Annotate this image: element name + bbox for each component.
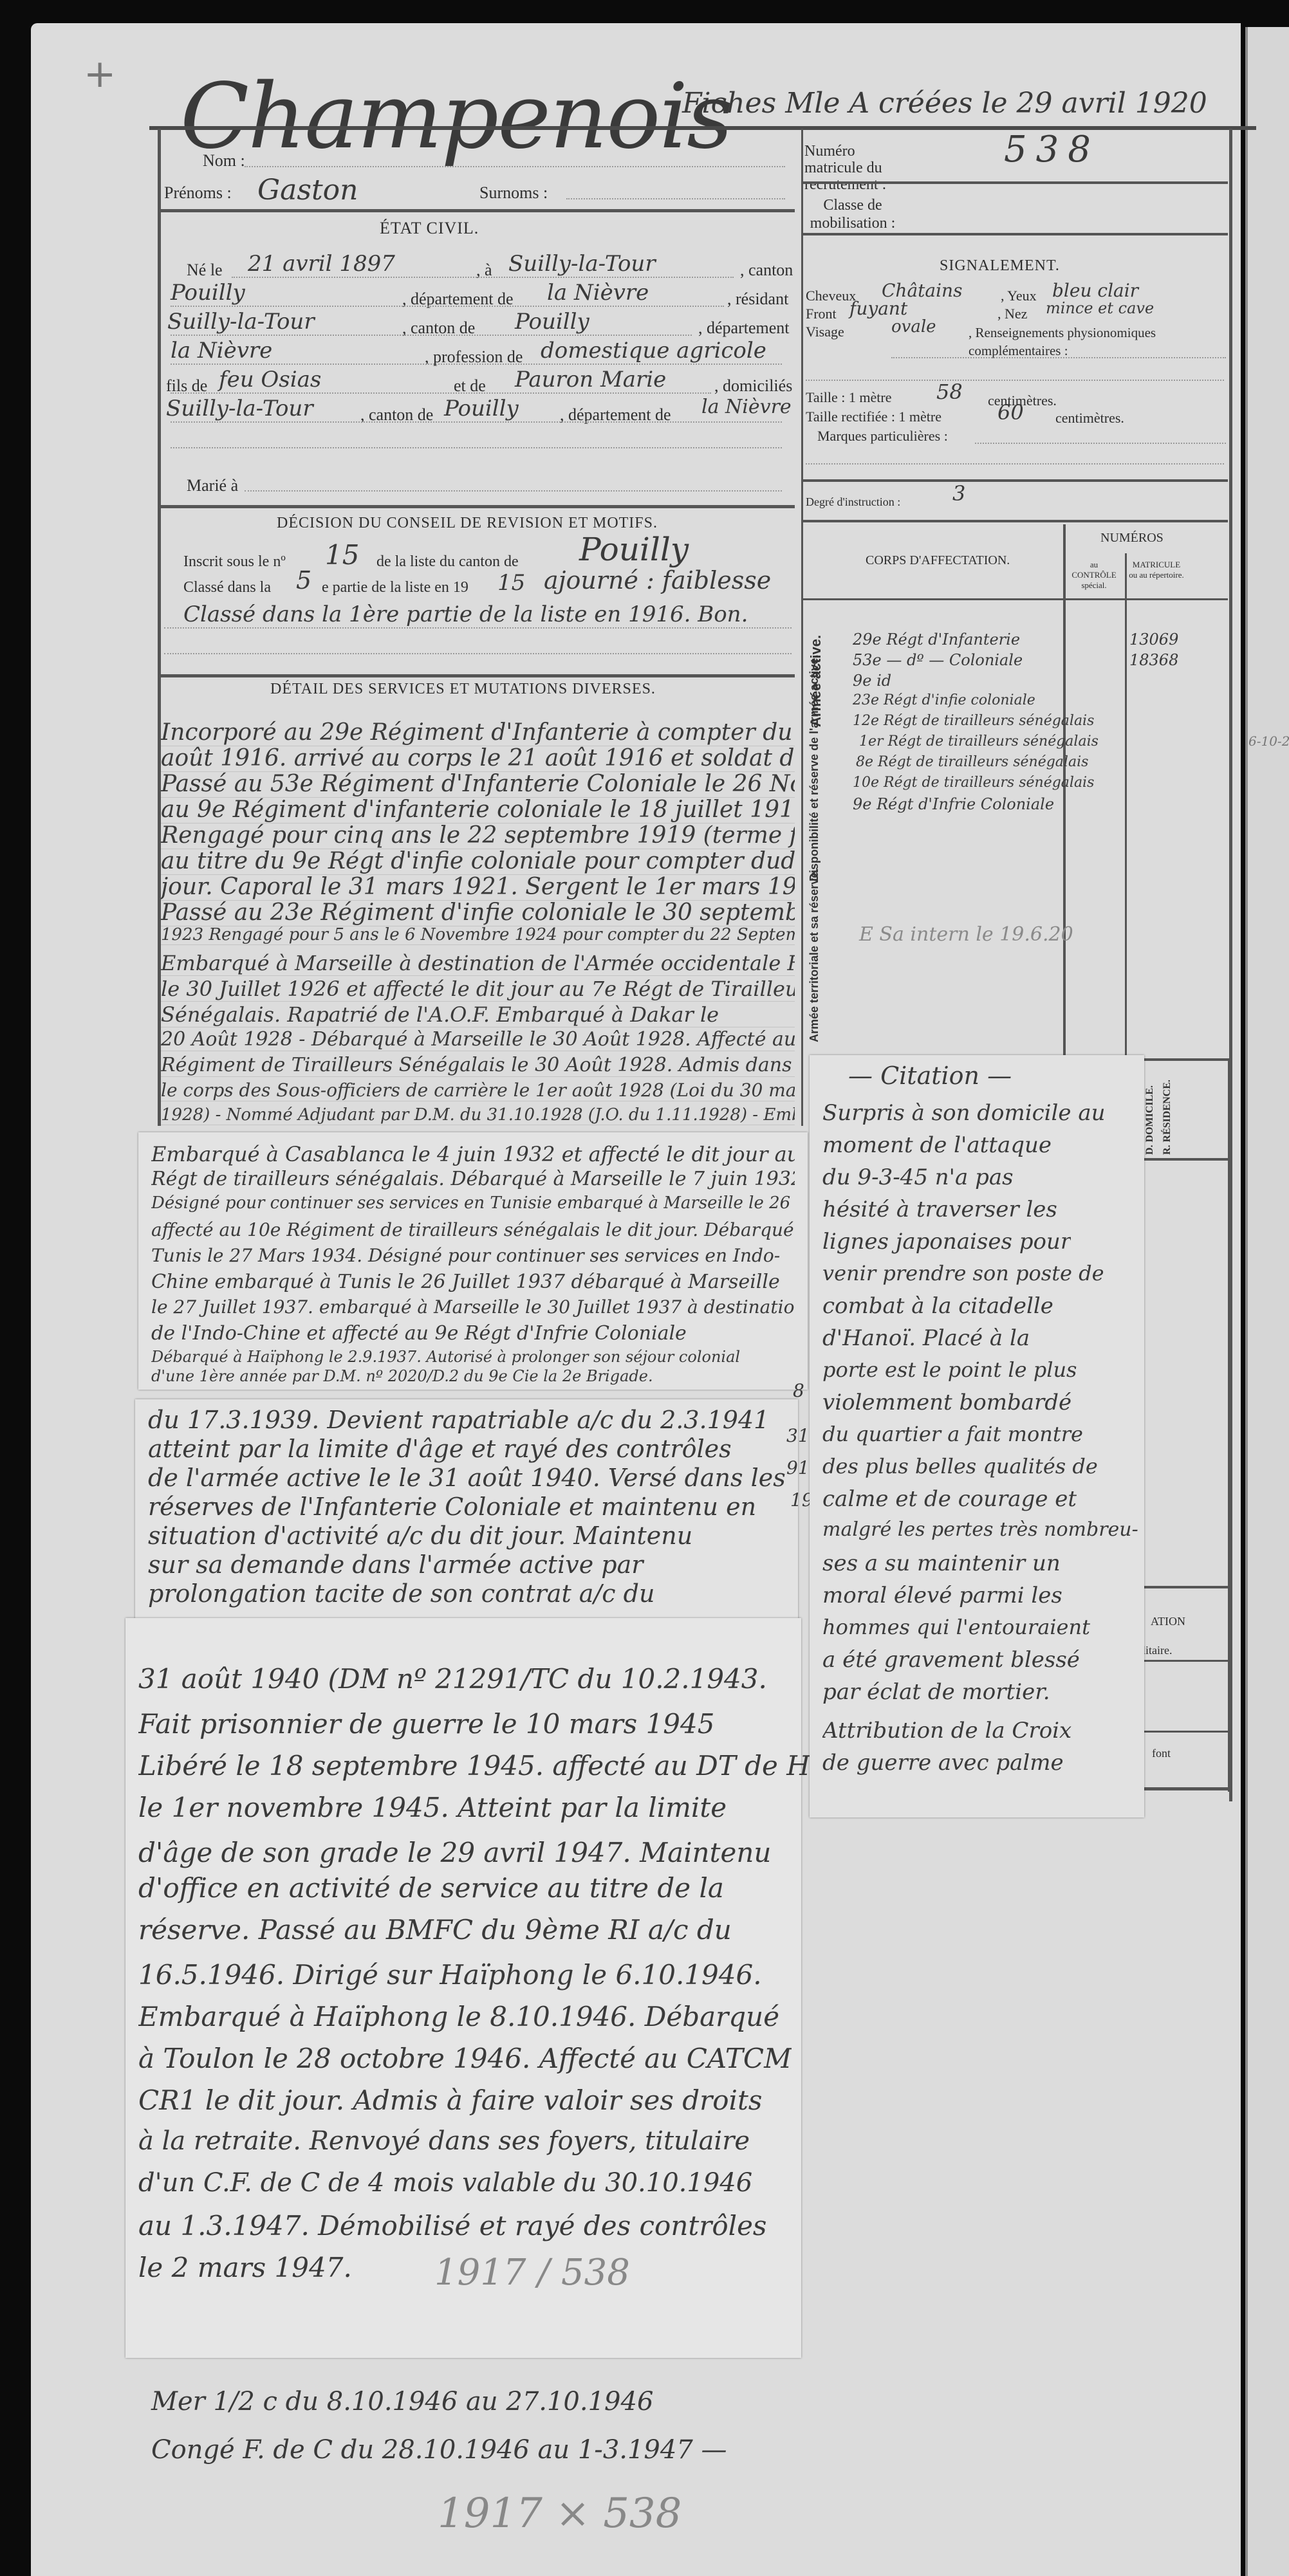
classe-partie-value: 5 [296, 566, 311, 594]
slip-line: Libéré le 18 septembre 1945. affecté au … [138, 1750, 869, 1781]
front-value: fuyant [849, 298, 907, 319]
service-line: 1923 Rengagé pour 5 ans le 6 Novembre 19… [161, 925, 795, 945]
numeros-title: NUMÉROS [1100, 531, 1164, 546]
corps-row: 23e Régt d'infie coloniale [853, 692, 1035, 708]
slip-line: 16.5.1946. Dirigé sur Haïphong le 6.10.1… [138, 1959, 762, 1991]
corps-row: 1er Régt de tirailleurs sénégalais [859, 733, 1099, 750]
slip-line: 31 août 1940 (DM nº 21291/TC du 10.2.194… [138, 1663, 767, 1695]
slip-line: sur sa demande dans l'armée active par [148, 1550, 792, 1579]
service-line: le corps des Sous-officiers de carrière … [161, 1080, 795, 1101]
citation-line: hésité à traverser les [822, 1197, 1057, 1222]
corps-row: 29e Régt d'Infanterie [853, 630, 1020, 649]
corps-row-matricule: 18368 [1129, 651, 1178, 669]
citation-line: malgré les pertes très nombreu- [822, 1518, 1138, 1541]
citation-slip: — Citation — Surpris à son domicile au m… [810, 1055, 1144, 1817]
slip-line: à Toulon le 28 octobre 1946. Affecté au … [138, 2043, 792, 2074]
col-matricule-header: MATRICULE ou au répertoire. [1127, 560, 1185, 580]
canton-naissance: Pouilly [171, 280, 245, 306]
corps-row: 9e id [853, 672, 891, 690]
motif-value: ajourné : faiblesse [544, 566, 771, 594]
domicile-lieu: Suilly-la-Tour [166, 396, 313, 421]
slip-line: Fait prisonnier de guerre le 10 mars 194… [138, 1708, 714, 1740]
taille-rectifiee-value: 60 [997, 400, 1024, 425]
slip-line: prolongation tacite de son contrat a/c d… [148, 1579, 792, 1608]
yeux-value: bleu clair [1052, 280, 1138, 301]
service-line: jour. Caporal le 31 mars 1921. Sergent l… [161, 874, 795, 901]
slip-line: d'un C.F. de C de 4 mois valable du 30.1… [138, 2168, 752, 2198]
residant-lieu: Suilly-la-Tour [167, 309, 315, 335]
slip-line: le 27 Juillet 1937. embarqué à Marseille… [151, 1296, 795, 1318]
citation-line: lignes japonaises pour [822, 1229, 1071, 1255]
conseil-title: DÉCISION DU CONSEIL DE REVISION ET MOTIF… [277, 515, 658, 532]
taille-value: 58 [936, 380, 963, 404]
citation-line: Surpris à son domicile au [822, 1100, 1106, 1126]
nez-value: mince et cave [1046, 299, 1154, 317]
residant-canton: Pouilly [515, 309, 589, 335]
citation-line: moral élevé parmi les [822, 1583, 1062, 1608]
ne-le-label: Né le [187, 261, 223, 280]
yeux-label: , Yeux [1001, 288, 1037, 304]
slip-line: Embarqué à Haïphong le 8.10.1946. Débarq… [138, 2001, 779, 2032]
territoriale-note: E Sa intern le 19.6.20 [859, 923, 1073, 946]
slip-line: réserves de l'Infanterie Coloniale et ma… [148, 1493, 792, 1521]
date-naissance: 21 avril 1897 [248, 251, 395, 277]
slip-line: atteint par la limite d'âge et rayé des … [148, 1435, 792, 1463]
citation-line: d'Hanoï. Placé à la [822, 1325, 1030, 1351]
slip-line: Désigné pour continuer ses services en T… [151, 1193, 795, 1213]
liste-canton-value: Pouilly [579, 531, 689, 568]
margin-digit: 8 [793, 1380, 804, 1401]
departement-label-2: , département [698, 318, 790, 338]
citation-line: du 9-3-45 n'a pas [822, 1164, 1014, 1190]
service-line: Régiment de Tirailleurs Sénégalais le 30… [161, 1054, 795, 1077]
numero-matricule-label: Numéro matricule du recrutement : [804, 143, 895, 193]
citation-line: Attribution de la Croix [822, 1718, 1071, 1743]
pasted-slip-3: 31 août 1940 (DM nº 21291/TC du 10.2.194… [125, 1618, 801, 2358]
numero-matricule-value: 538 [1004, 129, 1100, 170]
margin-note: 6-10-21 [1248, 733, 1289, 749]
citation-title: — Citation — [848, 1062, 1012, 1090]
slip-line: Chine embarqué à Tunis le 26 Juillet 193… [151, 1271, 795, 1293]
localisation-fragment: ATION [1151, 1615, 1185, 1628]
citation-line: violemment bombardé [822, 1390, 1071, 1415]
service-line: au titre du 9e Régt d'infie coloniale po… [161, 848, 795, 875]
taille-label: Taille : 1 mètre [806, 389, 891, 406]
classement-line: Classé dans la 1ère partie de la liste e… [183, 602, 748, 627]
bottom-note: Congé F. de C du 28.10.1946 au 1-3.1947 … [151, 2435, 727, 2465]
slip-line: d'office en activité de service au titre… [138, 1872, 724, 1904]
slip-line: réserve. Passé au BMFC du 9ème RI a/c du [138, 1914, 732, 1946]
service-line: Rengagé pour cinq ans le 22 septembre 19… [161, 822, 795, 849]
marques-label: Marques particulières : [817, 428, 948, 445]
pere-value: feu Osias [219, 367, 321, 392]
prenoms-label: Prénoms : [164, 183, 232, 203]
corps-title: CORPS D'AFFECTATION. [866, 553, 1010, 568]
classe-mobilisation-label: Classe de mobilisation : [808, 196, 898, 232]
surnoms-label: Surnoms : [479, 183, 548, 203]
inscrit-label: Inscrit sous le nº [183, 553, 286, 571]
domicilies-label: , domiciliés [714, 376, 792, 396]
citation-line: par éclat de mortier. [822, 1679, 1050, 1705]
slip-line: le 1er novembre 1945. Atteint par la lim… [138, 1792, 727, 1823]
domicile-label: D. DOMICILE. [1144, 1065, 1156, 1155]
slip-line: le 2 mars 1947. [138, 2252, 352, 2283]
col-controle-header: au CONTRÔLE spécial. [1071, 560, 1117, 591]
slip-line: affecté au 10e Régiment de tirailleurs s… [151, 1219, 795, 1240]
service-line: août 1916. arrivé au corps le 21 août 19… [161, 745, 795, 772]
visage-label: Visage [806, 324, 844, 340]
slip-line: à la retraite. Renvoyé dans ses foyers, … [138, 2126, 750, 2156]
slip-line: Embarqué à Casablanca le 4 juin 1932 et … [151, 1142, 795, 1166]
service-line: Embarqué à Marseille à destination de l'… [161, 951, 795, 976]
citation-line: a été gravement blessé [822, 1647, 1080, 1673]
etat-civil-title: ÉTAT CIVIL. [380, 219, 479, 238]
slip-line: de l'Indo-Chine et affecté au 9e Régt d'… [151, 1322, 795, 1345]
renseignements-label: , Renseignements physionomiques compléme… [969, 324, 1226, 360]
degre-instruction-value: 3 [952, 481, 965, 506]
services-title: DÉTAIL DES SERVICES ET MUTATIONS DIVERSE… [270, 681, 656, 698]
section-territoriale: Armée territoriale et sa réserve. [808, 888, 821, 1042]
slip-line: Régt de tirailleurs sénégalais. Débarqué… [151, 1168, 795, 1190]
militaire-fragment: litaire. [1142, 1644, 1172, 1657]
slip-line: d'une 1ère année par D.M. nº 2020/D.2 du… [151, 1367, 795, 1385]
slip-line: au 1.3.1947. Démobilisé et rayé des cont… [138, 2210, 766, 2241]
domicile-canton: Pouilly [444, 396, 519, 421]
residant-departement: la Nièvre [171, 338, 272, 363]
citation-line: de guerre avec palme [822, 1750, 1064, 1776]
inscrit-value: 15 [325, 539, 359, 571]
font-fragment: font [1152, 1747, 1171, 1760]
taille-rectifiee-label: Taille rectifiée : 1 mètre [806, 409, 941, 425]
signalement-title: SIGNALEMENT. [940, 257, 1060, 275]
residence-label: R. RÉSIDENCE. [1162, 1065, 1173, 1155]
slip-line: CR1 le dit jour. Admis à faire valoir se… [138, 2084, 762, 2116]
service-line: le 30 Juillet 1926 et affecté le dit jou… [161, 977, 795, 1002]
profession-value: domestique agricole [541, 338, 766, 363]
bottom-note: Mer 1/2 c du 8.10.1946 au 27.10.1946 [151, 2387, 653, 2416]
corps-row-matricule: 13069 [1129, 630, 1178, 649]
slip-line: Tunis le 27 Mars 1934. Désigné pour cont… [151, 1245, 795, 1266]
slip-line: situation d'activité a/c du dit jour. Ma… [148, 1522, 792, 1550]
corps-row: 53e — dº — Coloniale [853, 651, 1023, 669]
visage-value: ovale [891, 317, 936, 336]
service-line: Passé au 53e Régiment d'Infanterie Colon… [161, 771, 795, 798]
corps-row: 8e Régt de tirailleurs sénégalais [856, 754, 1088, 770]
citation-line: hommes qui l'entouraient [822, 1615, 1090, 1639]
nom-label: Nom : [203, 151, 245, 170]
service-line: 1928) - Nommé Adjudant par D.M. du 31.10… [161, 1105, 795, 1125]
liste-canton-label: de la liste du canton de [376, 553, 519, 571]
citation-line: combat à la citadelle [822, 1293, 1053, 1319]
service-line: 20 Août 1928 - Débarqué à Marseille le 3… [161, 1028, 795, 1051]
pasted-slip-1: Embarqué à Casablanca le 4 juin 1932 et … [138, 1132, 808, 1390]
slip-line: d'âge de son grade le 29 avril 1947. Mai… [138, 1837, 771, 1868]
matricule-stamp: 1917 / 538 [434, 2252, 630, 2294]
annee-value: 15 [497, 570, 525, 596]
citation-line: du quartier a fait montre [822, 1422, 1083, 1446]
residant-label: , résidant [727, 290, 788, 309]
corps-row: 9e Régt d'Infrie Coloniale [853, 795, 1054, 813]
slip-line: de l'armée active le le 31 août 1940. Ve… [148, 1464, 792, 1492]
front-label: Front [806, 306, 837, 322]
service-line: Incorporé au 29e Régiment d'Infanterie à… [161, 719, 795, 746]
section-disponibilite: Disponibilité et réserve de l'armée acti… [808, 740, 821, 881]
citation-line: moment de l'attaque [822, 1132, 1052, 1158]
bottom-stamp: 1917 × 538 [438, 2490, 682, 2537]
domicile-departement: la Nièvre [701, 396, 792, 418]
service-line: au 9e Régiment d'infanterie coloniale le… [161, 796, 795, 823]
departement-naissance: la Nièvre [547, 280, 649, 306]
classe-dans-label: Classé dans la [183, 579, 271, 596]
citation-line: porte est le point le plus [822, 1357, 1077, 1382]
mere-value: Pauron Marie [515, 367, 666, 392]
citation-line: ses a su maintenir un [822, 1550, 1061, 1576]
citation-line: calme et de courage et [822, 1486, 1077, 1512]
corps-row: 12e Régt de tirailleurs sénégalais [853, 713, 1094, 729]
citation-line: des plus belles qualités de [822, 1454, 1098, 1478]
slip-line: Débarqué à Haïphong le 2.9.1937. Autoris… [151, 1348, 795, 1366]
slip-line: du 17.3.1939. Devient rapatriable a/c du… [148, 1406, 792, 1434]
citation-line: venir prendre son poste de [822, 1261, 1104, 1285]
corps-row: 10e Régt de tirailleurs sénégalais [853, 775, 1094, 791]
partie-label: e partie de la liste en 19 [322, 579, 468, 596]
pasted-slip-2: du 17.3.1939. Devient rapatriable a/c du… [135, 1399, 798, 1621]
prenoms-value: Gaston [257, 174, 358, 207]
degre-instruction-label: Degré d'instruction : [806, 495, 900, 509]
top-annotation: Fiches Mle A créées le 29 avril 1920 [682, 87, 1207, 120]
marie-label: Marié à [187, 476, 238, 495]
cheveux-label: Cheveux [806, 288, 856, 304]
nez-label: , Nez [997, 306, 1027, 322]
service-line: Passé au 23e Régiment d'infie coloniale … [161, 899, 795, 926]
canton-label: , canton [740, 261, 793, 280]
centimetres-label-2: centimètres. [1055, 410, 1124, 427]
registration-mark-icon: + [84, 51, 116, 97]
lieu-naissance: Suilly-la-Tour [508, 251, 656, 277]
service-line: Sénégalais. Rapatrié de l'A.O.F. Embarqu… [161, 1002, 795, 1027]
